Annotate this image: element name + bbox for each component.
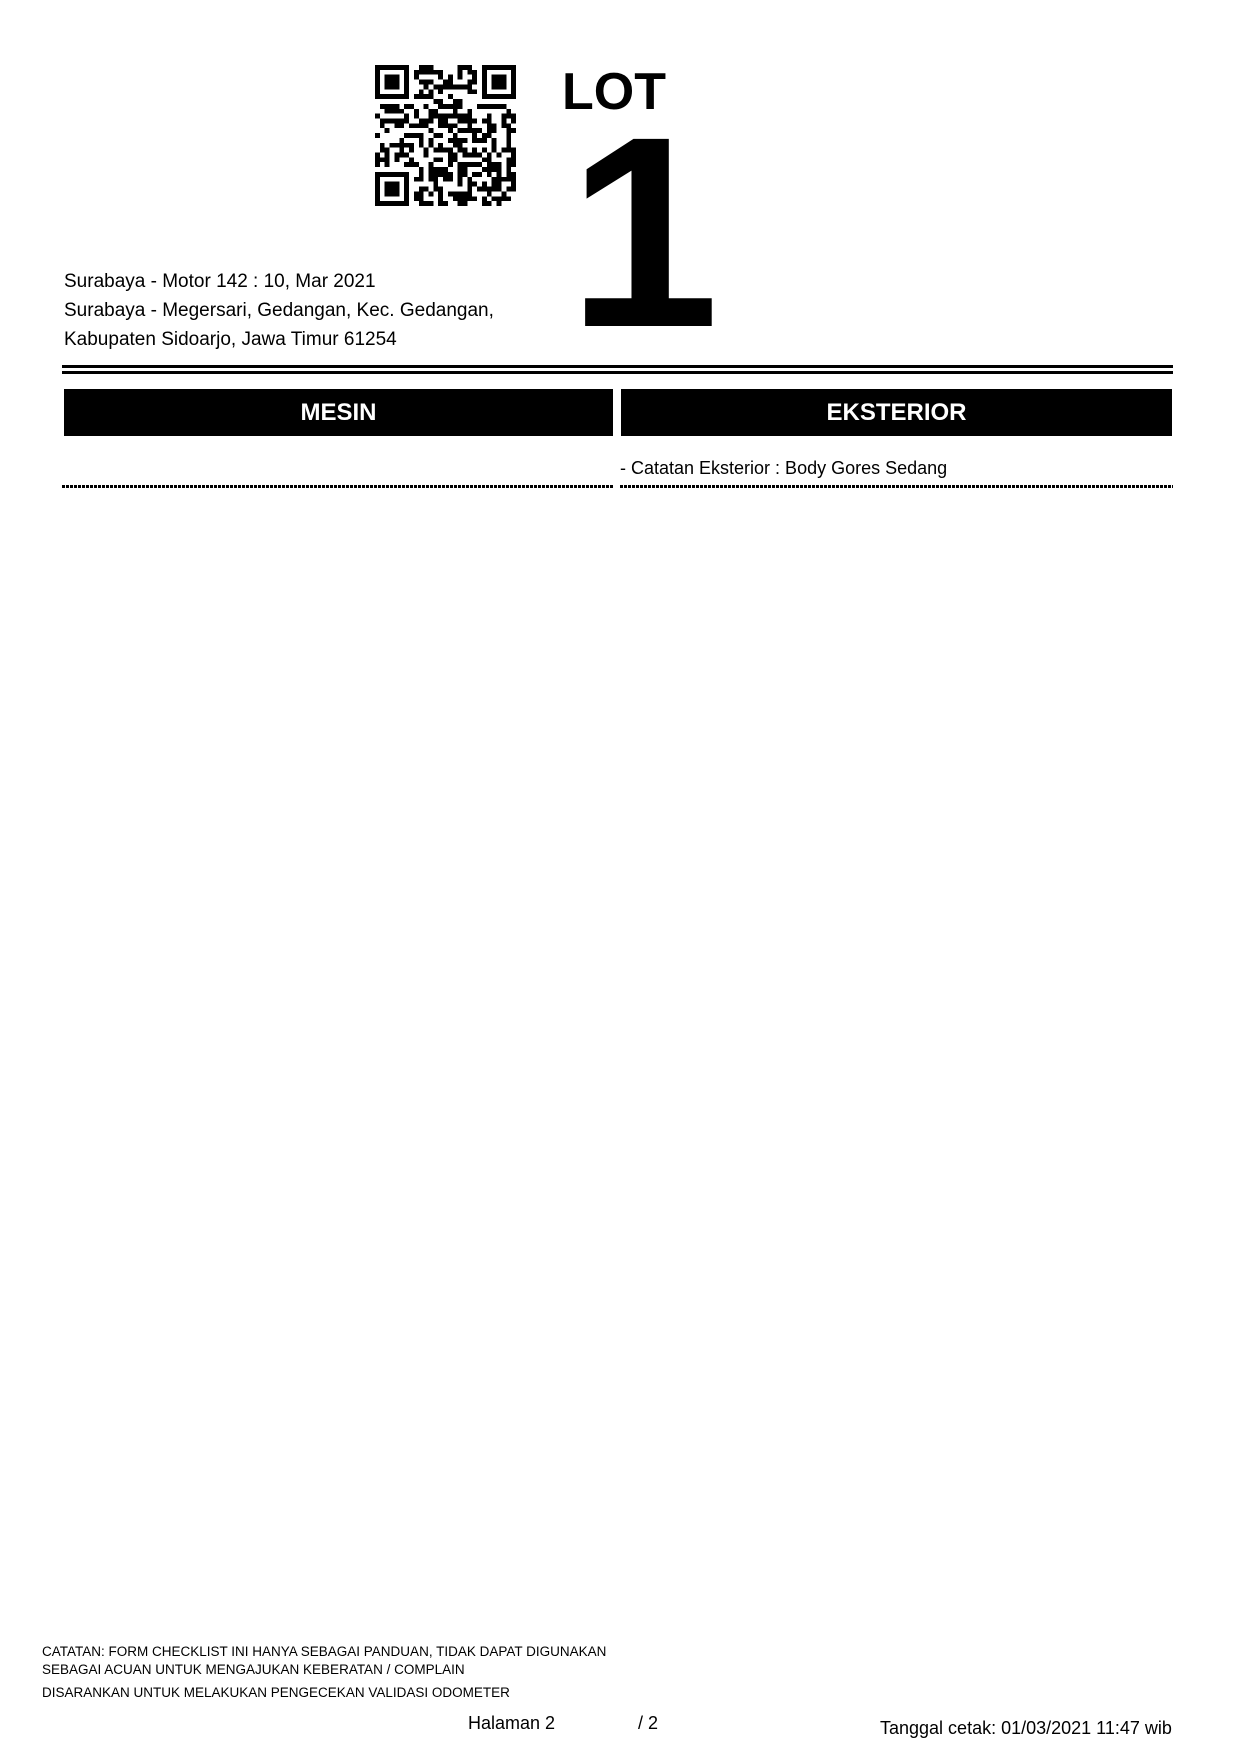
dotted-divider — [62, 485, 614, 488]
header-divider — [62, 371, 1173, 374]
dotted-divider — [620, 485, 1173, 488]
exterior-note: - Catatan Eksterior : Body Gores Sedang — [620, 458, 947, 479]
page-total: / 2 — [638, 1713, 658, 1734]
header-divider — [62, 365, 1173, 368]
footer-note: SEBAGAI ACUAN UNTUK MENGAJUKAN KEBERATAN… — [42, 1663, 465, 1677]
section-header-mesin: MESIN — [64, 389, 613, 436]
qr-code — [375, 65, 516, 206]
section-header-eksterior: EKSTERIOR — [621, 389, 1172, 436]
address-line: Surabaya - Megersari, Gedangan, Kec. Ged… — [64, 301, 494, 320]
print-date: Tanggal cetak: 01/03/2021 11:47 wib — [880, 1718, 1172, 1739]
footer-note: DISARANKAN UNTUK MELAKUKAN PENGECEKAN VA… — [42, 1686, 510, 1700]
auction-title: Surabaya - Motor 142 : 10, Mar 2021 — [64, 272, 376, 291]
address-line: Kabupaten Sidoarjo, Jawa Timur 61254 — [64, 330, 397, 349]
lot-number: 1 — [568, 96, 719, 368]
page-number: Halaman 2 — [468, 1713, 555, 1734]
footer-note: CATATAN: FORM CHECKLIST INI HANYA SEBAGA… — [42, 1645, 606, 1659]
